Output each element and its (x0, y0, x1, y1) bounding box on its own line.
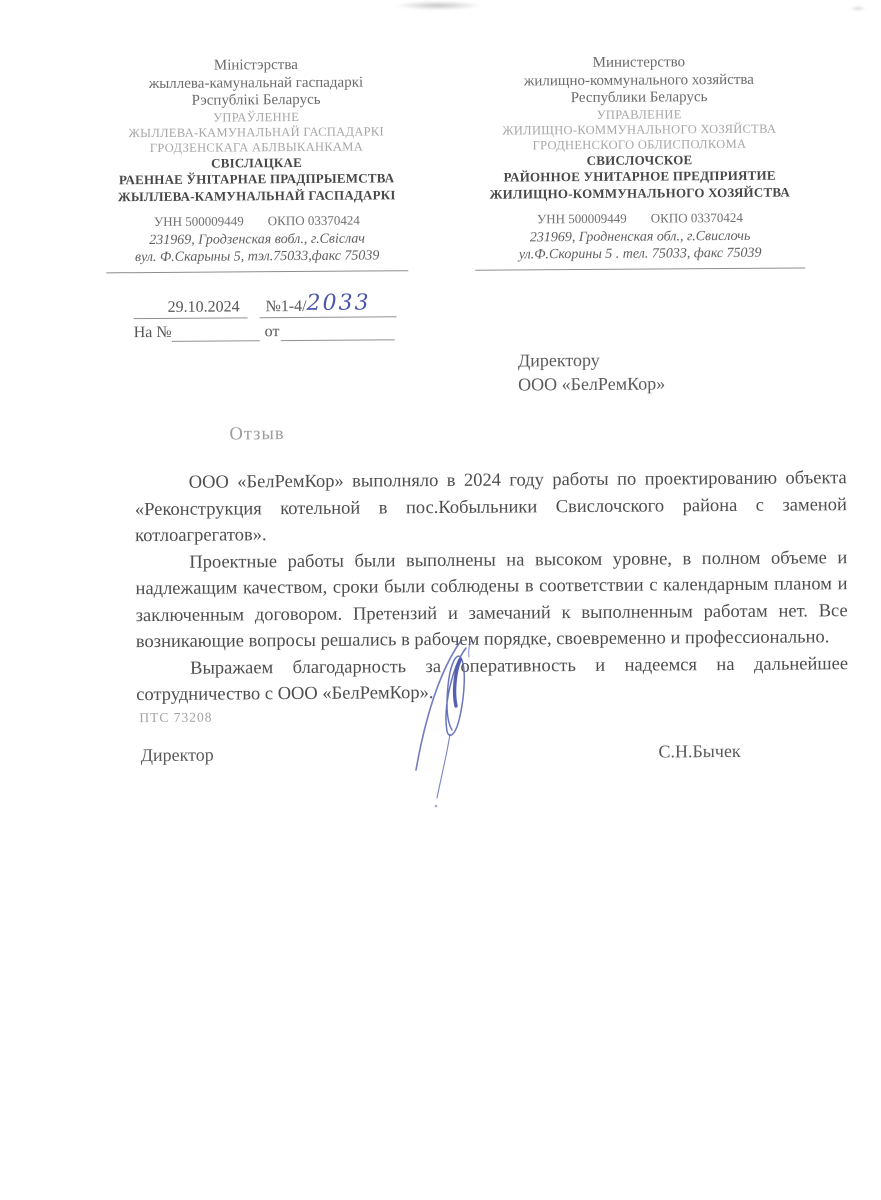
body-paragraph: ООО «БелРемКор» выполняло в 2024 году ра… (135, 465, 848, 549)
organization-name-ru: СВИСЛОЧСКОЕ РАЙОННОЕ УНИТАРНОЕ ПРЕДПРИЯТ… (474, 151, 804, 203)
reply-from-label: от (265, 323, 280, 340)
ministry-line: Міністэрства (105, 56, 407, 76)
okpo-number: ОКПО 03370424 (268, 213, 360, 230)
address-line: ул.Ф.Скорины 5 . тел. 75033, факс 75039 (475, 244, 805, 263)
recipient-position: Директору (518, 347, 881, 373)
ministry-line: Министерство (474, 53, 804, 73)
department-line: ЖЫЛЛЕВА-КАМУНАЛЬНАЙ ГАСПАДАРКІ (105, 124, 407, 141)
handwritten-letter-number: 2033 (306, 290, 370, 315)
organization-name-be: СВІСЛАЦКАЕ РАЕННАЕ ЎНІТАРНАЕ ПРАДПРЫЕМСТ… (105, 154, 407, 206)
department-name-be: УПРАЎЛЕННЕ ЖЫЛЛЕВА-КАМУНАЛЬНАЙ ГАСПАДАРК… (105, 109, 407, 156)
ministry-line: жыллева-камунальнай гаспадаркі (105, 74, 407, 94)
letter-number-prefix: №1-4/ (265, 298, 306, 315)
unn-number: УНН 500009449 (537, 211, 627, 228)
ministry-line: Республики Беларусь (474, 88, 804, 108)
address-be: 231969, Гродзенская вобл., г.Свіслач вул… (106, 230, 408, 266)
letter-content: Міністэрства жыллева-камунальнай гаспада… (0, 0, 881, 767)
letter-date: 29.10.2024 (133, 298, 247, 319)
organization-line: СВІСЛАЦКАЕ (105, 154, 407, 173)
letterhead-belarusian-column: Міністэрства жыллева-камунальнай гаспада… (105, 56, 408, 273)
body-paragraph: Проектные работы были выполнены на высок… (135, 545, 848, 656)
ministry-name-ru: Министерство жилищно-коммунального хозяй… (474, 53, 804, 108)
signer-name: С.Н.Бычек (658, 740, 740, 762)
incoming-reference-line: На №от (134, 319, 881, 342)
department-name-ru: УПРАВЛЕНИЕ ЖИЛИЩНО-КОММУНАЛЬНОГО ХОЗЯЙСТ… (474, 106, 804, 153)
okpo-number: ОКПО 03370424 (651, 210, 743, 227)
organization-line: ЖИЛИЩНО-КОММУНАЛЬНОГО ХОЗЯЙСТВА (475, 184, 805, 203)
letterhead-russian-column: Министерство жилищно-коммунального хозяй… (474, 53, 805, 270)
ministry-line: жилищно-коммунального хозяйства (474, 71, 804, 91)
unn-number: УНН 500009449 (154, 213, 244, 230)
reference-block: 29.10.2024 №1-4/2033 На №от (133, 290, 881, 342)
recipient-block: Директору ООО «БелРемКор» (518, 347, 881, 397)
registration-ids-ru: УНН 500009449 ОКПО 03370424 (475, 209, 805, 227)
scanned-letter-page: Міністэрства жыллева-камунальнай гаспада… (0, 0, 881, 1200)
organization-line: РАЕННАЕ ЎНІТАРНАЕ ПРАДПРЫЕМСТВА (106, 170, 408, 189)
signature-row: Директор С.Н.Бычек (141, 740, 741, 765)
reply-number-blank (172, 325, 260, 342)
ministry-line: Рэспублікі Беларусь (105, 91, 407, 111)
registration-ids-be: УНН 500009449 ОКПО 03370424 (106, 212, 408, 230)
department-line: ГРОДЗЕНСКАГА АБЛВЫКАНКАМА (105, 139, 407, 156)
department-line: ЖИЛИЩНО-КОММУНАЛЬНОГО ХОЗЯЙСТВА (474, 121, 804, 138)
address-line: вул. Ф.Скарыны 5, тэл.75033,факс 75039 (106, 247, 408, 266)
body-paragraph: Выражаем благодарность за оперативность … (136, 651, 848, 709)
address-line: 231969, Гродзенская вобл., г.Свіслач (106, 230, 408, 249)
letter-body: ООО «БелРемКор» выполняло в 2024 году ра… (135, 465, 849, 708)
reply-to-label: На № (134, 324, 172, 341)
organization-line: ЖЫЛЛЕВА-КАМУНАЛЬНАЙ ГАСПАДАРКІ (106, 187, 408, 206)
organization-line: РАЙОННОЕ УНИТАРНОЕ ПРЕДПРИЯТИЕ (475, 167, 805, 186)
form-code: ПТС 73208 (139, 709, 212, 726)
letterhead: Міністэрства жыллева-камунальнай гаспада… (0, 0, 881, 274)
recipient-company: ООО «БелРемКор» (518, 370, 881, 396)
letter-number: №1-4/2033 (259, 297, 396, 318)
outgoing-reference-line: 29.10.2024 №1-4/2033 (133, 290, 881, 317)
reply-date-blank (280, 324, 394, 341)
ministry-name-be: Міністэрства жыллева-камунальнай гаспада… (105, 56, 407, 111)
signer-position: Директор (141, 744, 214, 766)
address-ru: 231969, Гродненская обл., г.Свислочь ул.… (475, 227, 805, 263)
document-title: Отзыв (229, 420, 881, 446)
